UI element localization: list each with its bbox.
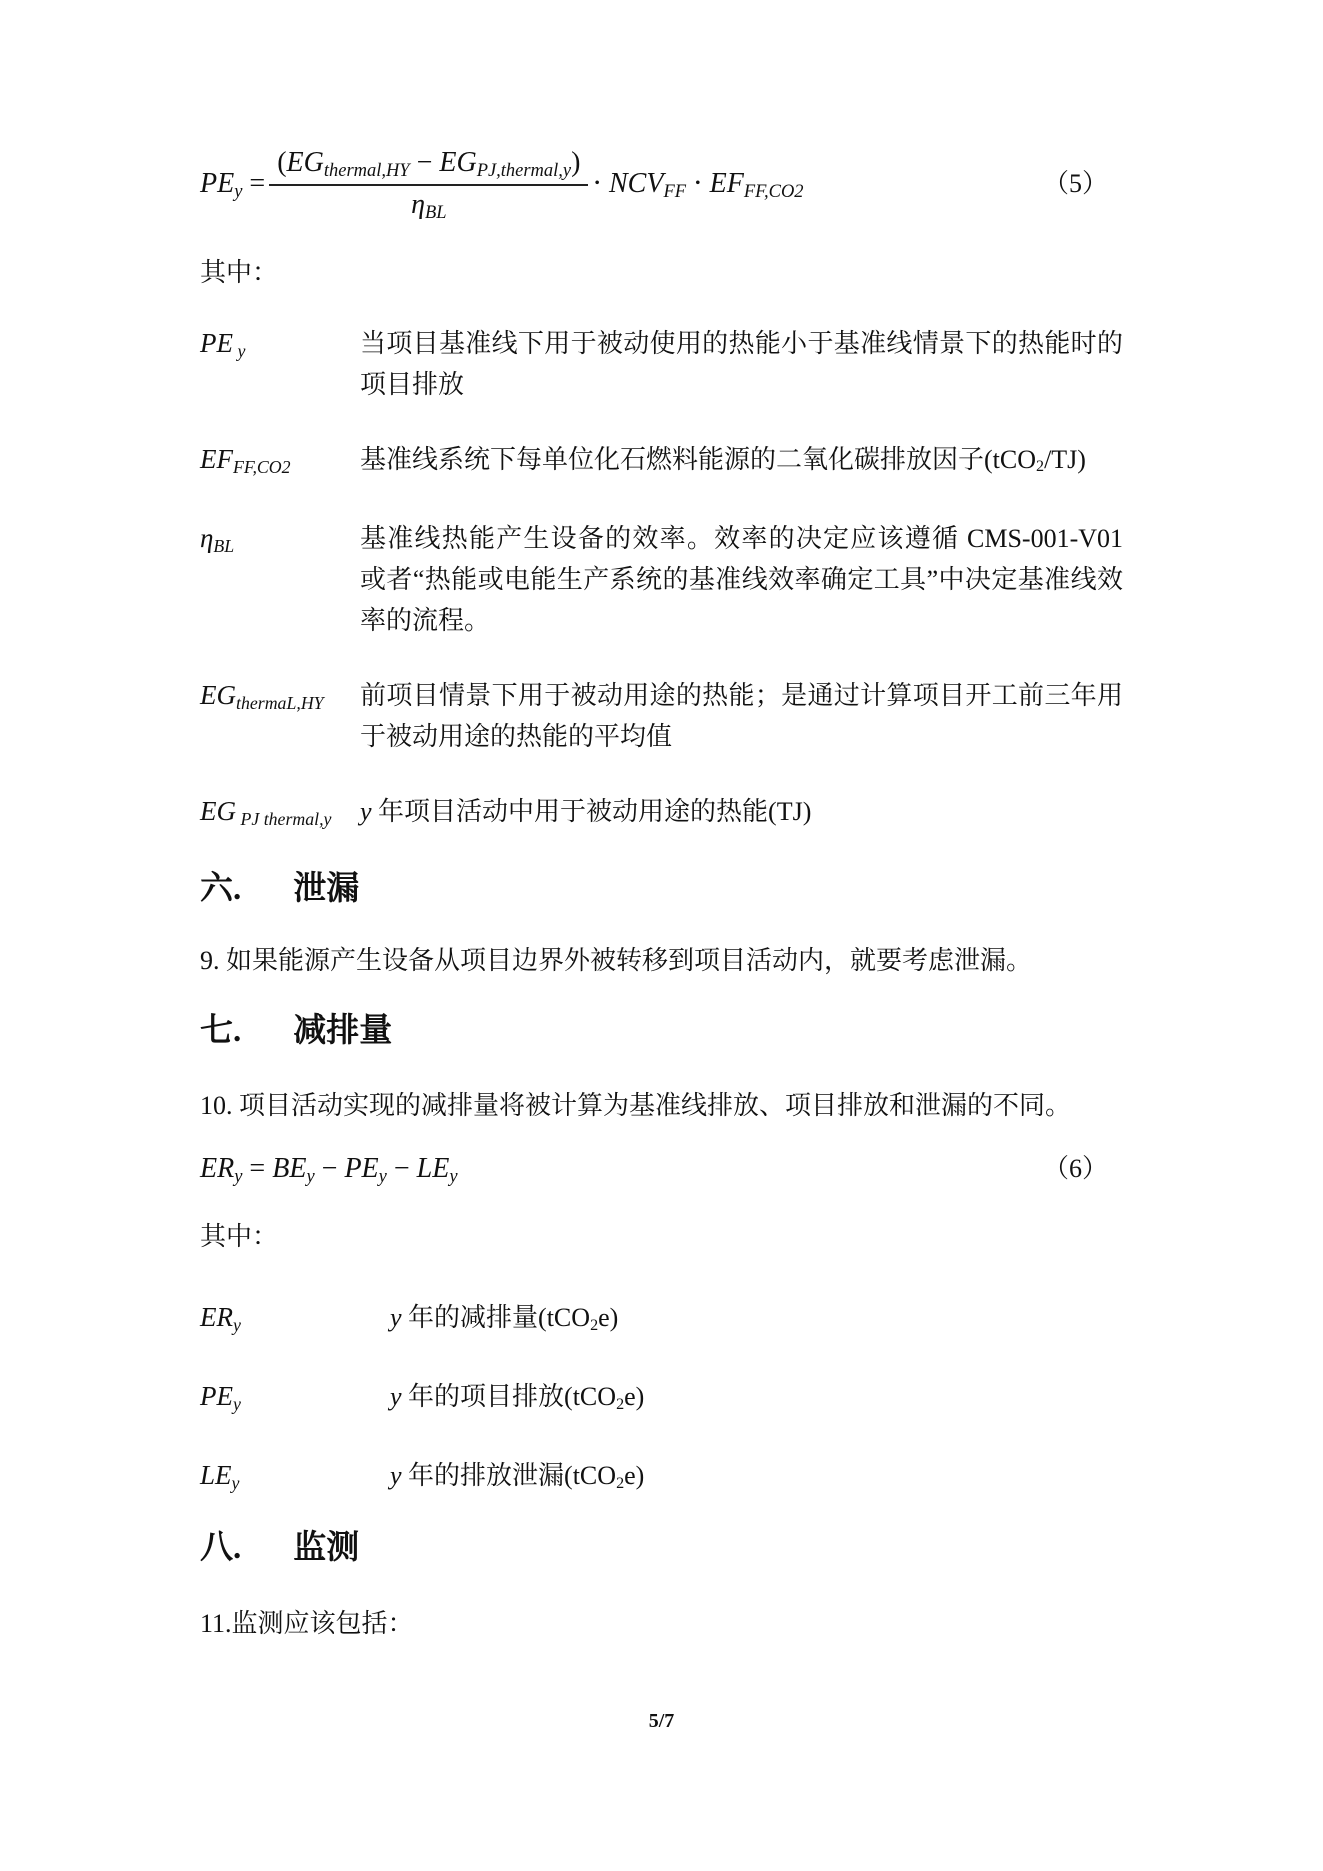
definition-term: ηBL	[200, 518, 360, 562]
definition-list-1: PE y 当项目基准线下用于被动使用的热能小于基准线情景下的热能时的项目排放 E…	[200, 323, 1123, 835]
definition-description: 当项目基准线下用于被动使用的热能小于基准线情景下的热能时的项目排放	[360, 323, 1123, 405]
section-title: 监测	[293, 1526, 359, 1570]
section-heading-emission-reductions: 七. 减排量	[200, 1009, 1123, 1053]
definition-term: EGthermaL,HY	[200, 675, 360, 719]
equation-5: PEy = (EGthermal,HY − EGPJ,thermal,y) ηB…	[200, 148, 1123, 221]
definition-description: y 年的项目排放(tCO2e)	[390, 1376, 1123, 1421]
paragraph-10: 10. 项目活动实现的减排量将被计算为基准线排放、项目排放和泄漏的不同。	[200, 1086, 1123, 1126]
definition-description: 前项目情景下用于被动用途的热能；是通过计算项目开工前三年用于被动用途的热能的平均…	[360, 675, 1123, 757]
section-title: 泄漏	[293, 867, 359, 911]
equation-6-line: ERy = BEy − PEy − LEy	[200, 1152, 458, 1186]
definition-term: EG PJ thermal,y	[200, 791, 360, 835]
definition-row: PE y 当项目基准线下用于被动使用的热能小于基准线情景下的热能时的项目排放	[200, 323, 1123, 405]
definition-row: ηBL 基准线热能产生设备的效率。效率的决定应该遵循 CMS-001-V01 或…	[200, 518, 1123, 641]
section-title: 减排量	[293, 1009, 392, 1053]
document-page: PEy = (EGthermal,HY − EGPJ,thermal,y) ηB…	[0, 0, 1323, 1871]
definition-term: LEy	[200, 1455, 390, 1499]
section-number: 七.	[200, 1009, 241, 1053]
definition-term: ERy	[200, 1297, 390, 1341]
equation-5-number: （5）	[1043, 170, 1108, 199]
paragraph-11: 11.监测应该包括：	[200, 1604, 1123, 1644]
definition-row: LEy y 年的排放泄漏(tCO2e)	[200, 1455, 1123, 1500]
page-number: 5/7	[0, 1710, 1323, 1733]
equation-6-number: （6）	[1043, 1153, 1108, 1184]
definition-term: PE y	[200, 323, 360, 367]
definition-description: y 年项目活动中用于被动用途的热能(TJ)	[360, 791, 1123, 832]
where-label: 其中：	[200, 253, 1123, 293]
definition-term: EFFF,CO2	[200, 439, 360, 483]
definition-description: y 年的排放泄漏(tCO2e)	[390, 1455, 1123, 1500]
section-heading-monitoring: 八. 监测	[200, 1526, 1123, 1570]
paragraph-9: 9. 如果能源产生设备从项目边界外被转移到项目活动内，就要考虑泄漏。	[200, 941, 1123, 981]
where-label: 其中：	[200, 1217, 1123, 1257]
definition-row: PEy y 年的项目排放(tCO2e)	[200, 1376, 1123, 1421]
definition-row: ERy y 年的减排量(tCO2e)	[200, 1297, 1123, 1342]
section-heading-leakage: 六. 泄漏	[200, 867, 1123, 911]
equation-5-fraction: (EGthermal,HY − EGPJ,thermal,y) ηBL	[269, 148, 588, 221]
definition-term: PEy	[200, 1376, 390, 1420]
equation-5-lhs: PEy =	[200, 169, 265, 200]
definition-description: 基准线系统下每单位化石燃料能源的二氧化碳排放因子(tCO2/TJ)	[360, 439, 1123, 484]
definition-description: y 年的减排量(tCO2e)	[390, 1297, 1123, 1342]
equation-5-tail: ⋅ NCVFF ⋅ EFFF,CO2	[592, 169, 803, 200]
definition-row: EGthermaL,HY 前项目情景下用于被动用途的热能；是通过计算项目开工前三…	[200, 675, 1123, 757]
section-number: 六.	[200, 867, 241, 911]
equation-5-numerator: (EGthermal,HY − EGPJ,thermal,y)	[269, 148, 588, 186]
definition-description: 基准线热能产生设备的效率。效率的决定应该遵循 CMS-001-V01 或者“热能…	[360, 518, 1123, 641]
equation-5-denominator: ηBL	[411, 186, 446, 221]
definition-row: EG PJ thermal,y y 年项目活动中用于被动用途的热能(TJ)	[200, 791, 1123, 835]
definition-list-2: ERy y 年的减排量(tCO2e) PEy y 年的项目排放(tCO2e) L…	[200, 1297, 1123, 1500]
equation-6: ERy = BEy − PEy − LEy （6）	[200, 1152, 1123, 1186]
section-number: 八.	[200, 1526, 241, 1570]
definition-row: EFFF,CO2 基准线系统下每单位化石燃料能源的二氧化碳排放因子(tCO2/T…	[200, 439, 1123, 484]
